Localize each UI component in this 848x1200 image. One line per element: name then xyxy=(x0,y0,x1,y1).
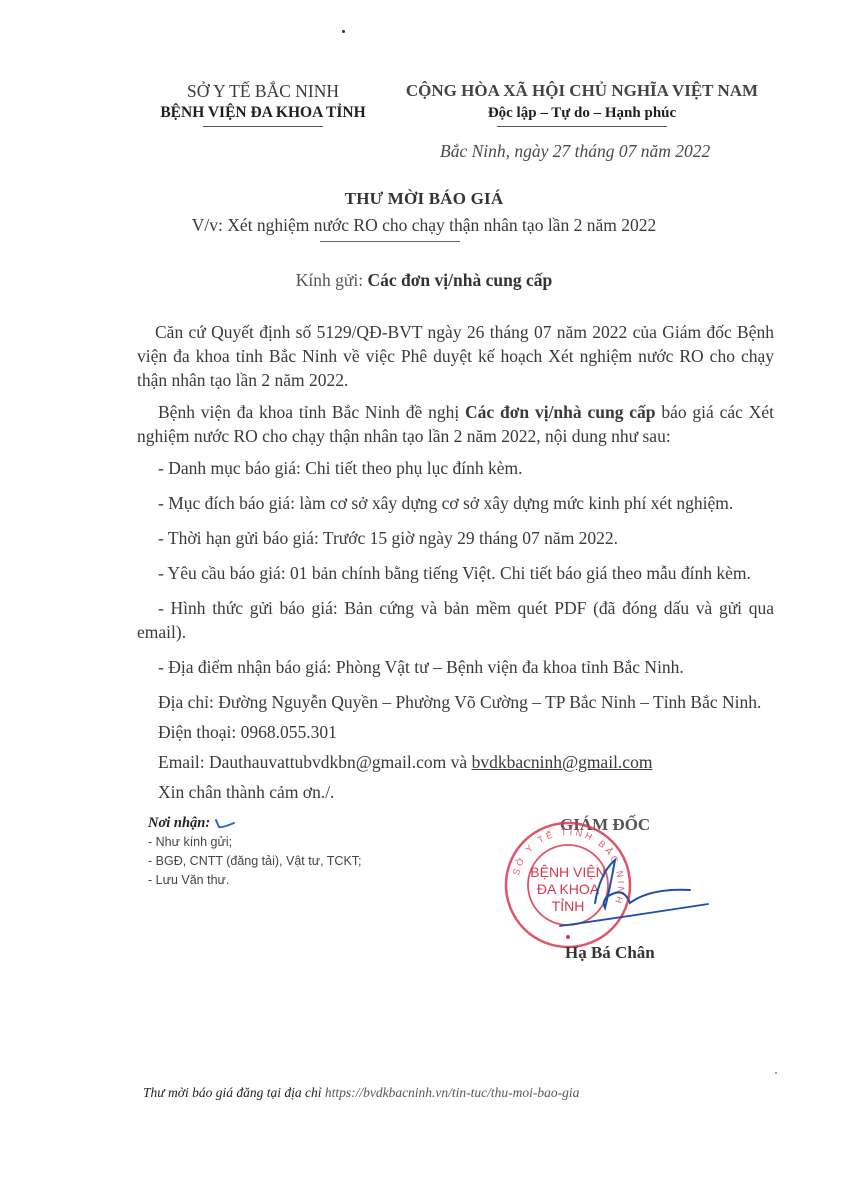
request-text-bold: Các đơn vị/nhà cung cấp xyxy=(465,402,656,422)
issuer-underline xyxy=(203,126,323,127)
document-title: THƯ MỜI BÁO GIÁ xyxy=(0,189,848,209)
phone-line: Điện thoại: 0968.055.301 xyxy=(158,720,774,744)
email-prefix: Email: xyxy=(158,752,209,772)
scan-speck xyxy=(342,30,345,33)
list-item: - Địa điểm nhận báo giá: Phòng Vật tư – … xyxy=(158,655,774,679)
salutation-recipient: Các đơn vị/nhà cung cấp xyxy=(367,270,552,290)
issuer-agency: SỞ Y TẾ BẮC NINH xyxy=(118,80,408,102)
address-line: Địa chỉ: Đường Nguyễn Quyền – Phường Võ … xyxy=(158,690,774,714)
date-line: Bắc Ninh, ngày 27 tháng 07 năm 2022 xyxy=(440,141,760,162)
checkmark-icon xyxy=(214,818,236,830)
scan-speck xyxy=(775,1072,777,1074)
recipients-block: Nơi nhận: - Như kính gửi; - BGĐ, CNTT (đ… xyxy=(148,814,362,890)
list-item: - Thời hạn gửi báo giá: Trước 15 giờ ngà… xyxy=(158,526,774,550)
letter-body: Căn cứ Quyết định số 5129/QĐ-BVT ngày 26… xyxy=(158,320,774,810)
document-subject: V/v: Xét nghiệm nước RO cho chạy thận nh… xyxy=(0,215,848,236)
national-header: CỘNG HÒA XÃ HỘI CHỦ NGHĨA VIỆT NAM Độc l… xyxy=(392,80,772,127)
salutation: Kính gửi: Các đơn vị/nhà cung cấp xyxy=(0,270,848,291)
paragraph-basis: Căn cứ Quyết định số 5129/QĐ-BVT ngày 26… xyxy=(137,320,774,392)
footer-note: Thư mời báo giá đăng tại địa chỉ https:/… xyxy=(143,1085,703,1101)
recipient-item: - Lưu Văn thư. xyxy=(148,871,362,890)
list-item: - Mục đích báo giá: làm cơ sở xây dựng c… xyxy=(158,491,774,515)
national-motto: Độc lập – Tự do – Hạnh phúc xyxy=(392,102,772,124)
request-text-before: Bệnh viện đa khoa tỉnh Bắc Ninh đề nghị xyxy=(158,402,465,422)
subject-underline xyxy=(320,241,460,242)
paragraph-request: Bệnh viện đa khoa tỉnh Bắc Ninh đề nghị … xyxy=(137,400,774,448)
closing-line: Xin chân thành cảm ơn./. xyxy=(158,780,774,804)
signatory-name: Hạ Bá Chân xyxy=(565,943,655,963)
recipient-item: - Như kính gửi; xyxy=(148,833,362,852)
recipient-item: - BGĐ, CNTT (đăng tải), Vật tư, TCKT; xyxy=(148,852,362,871)
list-item: - Danh mục báo giá: Chi tiết theo phụ lụ… xyxy=(158,456,774,480)
recipients-label: Nơi nhận: xyxy=(148,815,210,831)
footer-url-link[interactable]: https://bvdkbacninh.vn/tin-tuc/thu-moi-b… xyxy=(325,1085,580,1100)
salutation-prefix: Kính gửi: xyxy=(296,270,368,290)
footer-prefix: Thư mời báo giá đăng tại địa chỉ xyxy=(143,1085,325,1100)
list-item: - Yêu cầu báo giá: 01 bản chính bằng tiế… xyxy=(158,561,774,585)
motto-underline xyxy=(497,126,667,127)
email-line: Email: Dauthauvattubvdkbn@gmail.com và b… xyxy=(158,750,774,774)
issuer-header: SỞ Y TẾ BẮC NINH BỆNH VIỆN ĐA KHOA TỈNH xyxy=(118,80,408,127)
signature-scribble-icon xyxy=(540,848,710,938)
issuer-organization: BỆNH VIỆN ĐA KHOA TỈNH xyxy=(118,102,408,124)
list-item: - Hình thức gửi báo giá: Bản cứng và bản… xyxy=(137,596,774,644)
nation-name: CỘNG HÒA XÃ HỘI CHỦ NGHĨA VIỆT NAM xyxy=(392,80,772,102)
email-primary[interactable]: Dauthauvattubvdkbn@gmail.com xyxy=(209,752,446,772)
email-secondary-link[interactable]: bvdkbacninh@gmail.com xyxy=(472,752,653,772)
email-joiner: và xyxy=(446,752,471,772)
